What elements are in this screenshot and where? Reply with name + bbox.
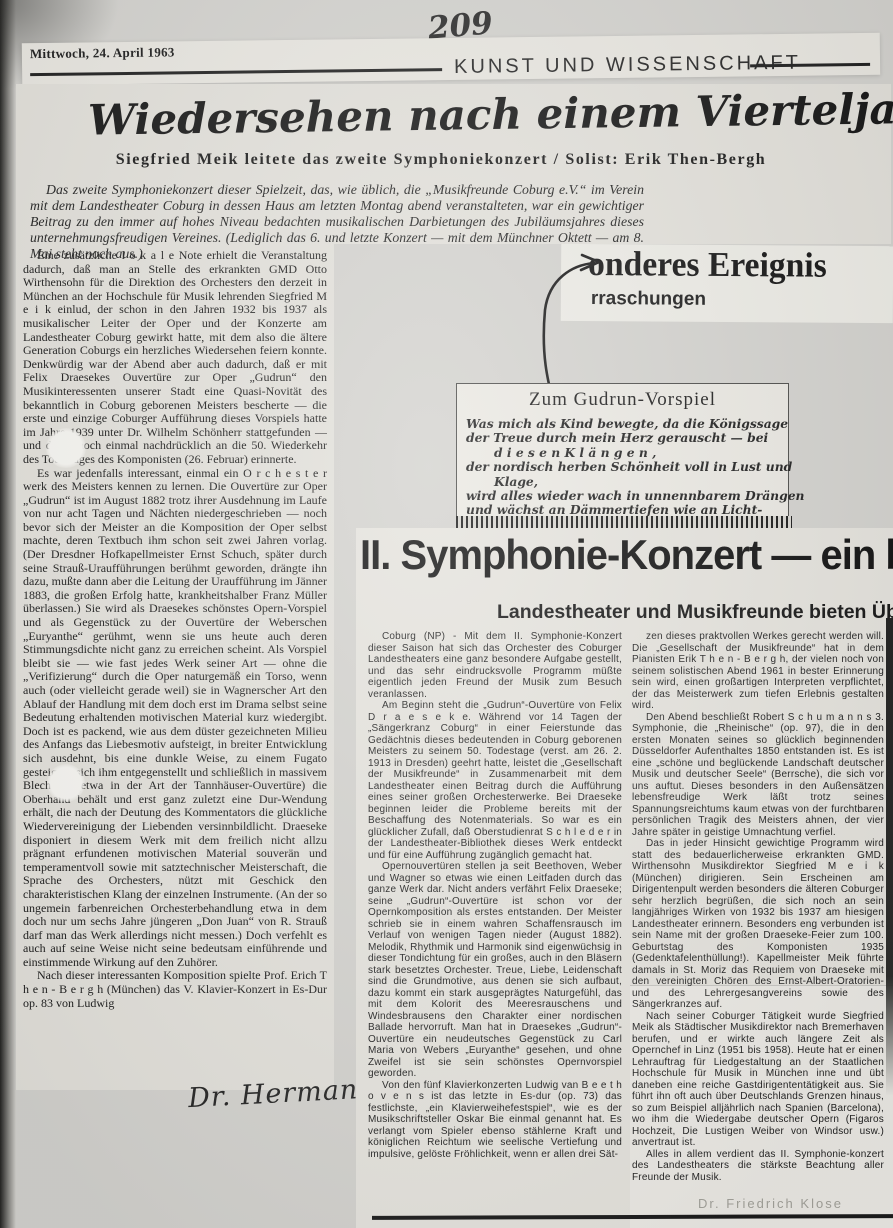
masthead-clipping: Mittwoch, 24. April 1963 KUNST UND WISSE…	[22, 33, 880, 85]
poem-line: d i e s e n K l ä n g e n ,	[466, 446, 780, 460]
poem-line: wird alles wieder wach in unnennbarem Dr…	[466, 489, 780, 503]
clipping-edge-shadow	[886, 618, 893, 1096]
punch-hole	[47, 764, 85, 802]
poem-line: der nordisch herben Schönheit voll in Lu…	[466, 460, 780, 474]
punch-hole	[46, 428, 86, 468]
article-paragraph: Nach dieser interessanten Komposition sp…	[23, 969, 327, 1010]
main-article-column: Eine zusätzliche l o k a l e Note erhiel…	[23, 249, 327, 1079]
article-paragraph: Nach seiner Coburger Tätigkeit wurde Sie…	[632, 1011, 884, 1149]
article-paragraph: Alles in allem verdient das II. Symphoni…	[632, 1149, 884, 1184]
fragment-clipping: onderes Ereignis rraschungen	[561, 244, 893, 323]
poem-line: Klage,	[466, 475, 780, 489]
poem-title: Zum Gudrun-Vorspiel	[457, 389, 788, 411]
article-paragraph: Am Beginn steht die „Gudrun“-Ouvertüre v…	[368, 700, 622, 861]
scan-left-edge-shadow	[0, 0, 16, 1228]
fragment-headline: onderes Ereignis	[588, 244, 827, 286]
masthead-rule-left	[30, 68, 442, 76]
poem-line: der Treue durch mein Herz gerauscht — be…	[466, 431, 780, 445]
article-paragraph: Opernouvertüren stellen ja seit Beethove…	[368, 861, 622, 1080]
article-paragraph: Den Abend beschließt Robert S c h u m a …	[632, 712, 884, 839]
newspaper-date: Mittwoch, 24. April 1963	[30, 44, 175, 62]
second-article-subheadline: Landestheater und Musikfreunde bieten Üb…	[497, 601, 893, 624]
article-paragraph: Es war jedenfalls interessant, einmal ei…	[23, 467, 327, 970]
article-paragraph: Coburg (NP) - Mit dem II. Symphonie-Konz…	[368, 631, 622, 700]
section-header: KUNST UND WISSENSCHAFT	[454, 52, 801, 79]
article-paragraph: Von den fünf Klavierkonzerten Ludwig van…	[368, 1080, 622, 1161]
poem-line: Was mich als Kind bewegte, da die Königs…	[466, 417, 780, 431]
second-article-column-2: zen dieses praktvollen Werkes gerecht we…	[632, 631, 884, 1209]
second-article-headline: II. Symphonie-Konzert — ein bes	[360, 531, 893, 579]
scanned-scrapbook-page: 209 Mittwoch, 24. April 1963 KUNST UND W…	[0, 0, 893, 1228]
main-subheadline: Siegfried Meik leitete das zweite Sympho…	[56, 151, 826, 169]
article-paragraph: zen dieses praktvollen Werkes gerecht we…	[632, 631, 884, 712]
fragment-subheadline: rraschungen	[591, 288, 706, 311]
article-paragraph: Das in jeder Hinsicht gewichtige Program…	[632, 838, 884, 1011]
second-article-column-1: Coburg (NP) - Mit dem II. Symphonie-Konz…	[368, 631, 622, 1203]
faint-byline: Dr. Friedrich Klose	[698, 1196, 843, 1211]
masthead-rule-right	[750, 63, 870, 67]
